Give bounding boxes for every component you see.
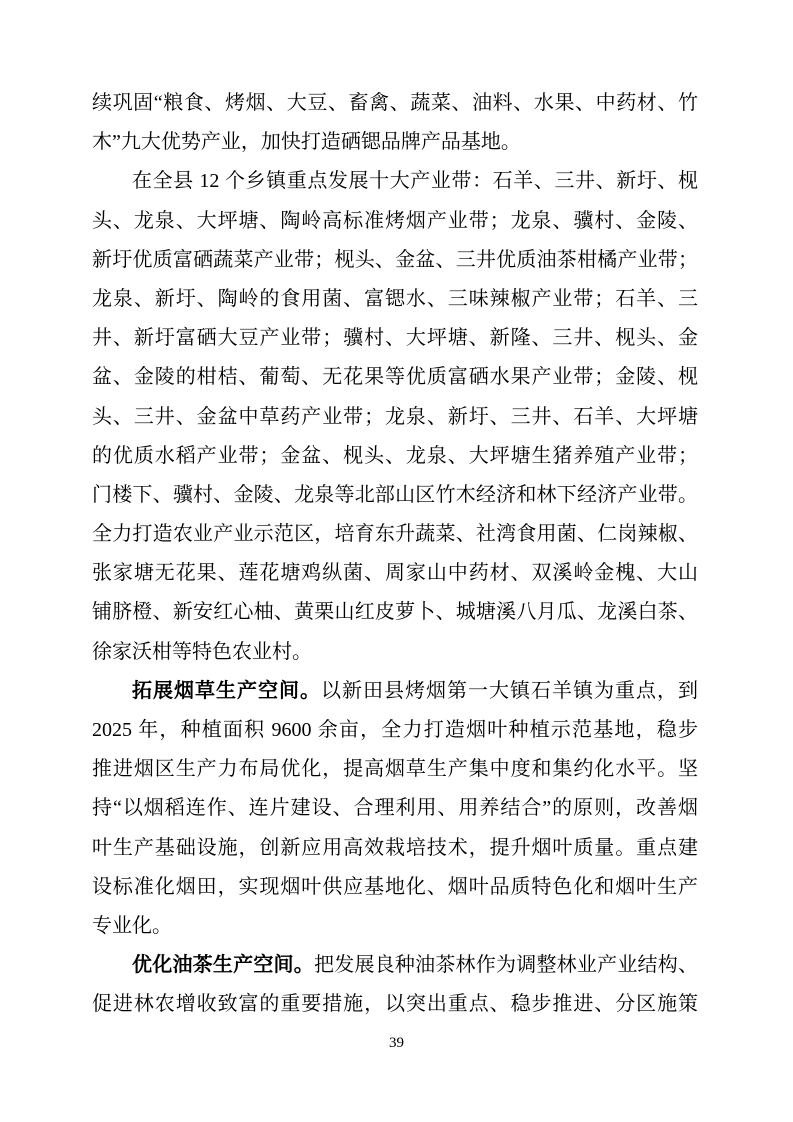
bold-text-run: 拓展烟草生产空间。 [132, 680, 321, 702]
text-line: 龙泉、新圩、陶岭的食用菌、富锶水、三味辣椒产业带；石羊、三 [92, 280, 698, 319]
text-run: 铺脐橙、新安红心柚、黄栗山红皮萝卜、城塘溪八月瓜、龙溪白茶、 [92, 601, 698, 623]
text-run: 推进烟区生产力布局优化，提高烟草生产集中度和集约化水平。坚 [92, 758, 698, 780]
text-run: 头、龙泉、大坪塘、陶岭高标准烤烟产业带；龙泉、骥村、金陵、 [92, 210, 698, 232]
text-line: 叶生产基础设施，创新应用高效栽培技术，提升烟叶质量。重点建 [92, 829, 698, 868]
text-run: 徐家沃柑等特色农业村。 [92, 641, 312, 663]
text-run: 木”九大优势产业，加快打造硒锶品牌产品基地。 [92, 131, 521, 153]
text-line: 全力打造农业产业示范区，培育东升蔬菜、社湾食用菌、仁岗辣椒、 [92, 515, 698, 554]
text-line: 头、三井、金盆中草药产业带；龙泉、新圩、三井、石羊、大坪塘 [92, 398, 698, 437]
document-body: 续巩固“粮食、烤烟、大豆、畜禽、蔬菜、油料、水果、中药材、竹木”九大优势产业，加… [92, 84, 698, 1025]
text-line: 木”九大优势产业，加快打造硒锶品牌产品基地。 [92, 123, 698, 162]
text-run: 持“以烟稻连作、连片建设、合理利用、用养结合”的原则，改善烟 [92, 797, 698, 819]
text-line: 井、新圩富硒大豆产业带；骥村、大坪塘、新隆、三井、枧头、金 [92, 319, 698, 358]
document-page: 续巩固“粮食、烤烟、大豆、畜禽、蔬菜、油料、水果、中药材、竹木”九大优势产业，加… [0, 0, 793, 1122]
text-run: 张家塘无花果、莲花塘鸡纵菌、周家山中药材、双溪岭金槐、大山 [92, 562, 698, 584]
text-run: 2025 年，种植面积 9600 余亩，全力打造烟叶种植示范基地，稳步 [92, 719, 698, 741]
text-line: 铺脐橙、新安红心柚、黄栗山红皮萝卜、城塘溪八月瓜、龙溪白茶、 [92, 593, 698, 632]
text-line: 优化油茶生产空间。把发展良种油茶林作为调整林业产业结构、 [92, 946, 698, 985]
text-line: 2025 年，种植面积 9600 余亩，全力打造烟叶种植示范基地，稳步 [92, 711, 698, 750]
text-run: 续巩固“粮食、烤烟、大豆、畜禽、蔬菜、油料、水果、中药材、竹 [92, 92, 698, 114]
text-run: 盆、金陵的柑桔、葡萄、无花果等优质富硒水果产业带；金陵、枧 [92, 366, 698, 388]
text-run: 以新田县烤烟第一大镇石羊镇为重点，到 [321, 680, 698, 702]
text-line: 设标准化烟田，实现烟叶供应基地化、烟叶品质特色化和烟叶生产 [92, 868, 698, 907]
text-run: 全力打造农业产业示范区，培育东升蔬菜、社湾食用菌、仁岗辣椒、 [92, 523, 698, 545]
text-line: 推进烟区生产力布局优化，提高烟草生产集中度和集约化水平。坚 [92, 750, 698, 789]
text-line: 持“以烟稻连作、连片建设、合理利用、用养结合”的原则，改善烟 [92, 789, 698, 828]
text-line: 的优质水稻产业带；金盆、枧头、龙泉、大坪塘生猪养殖产业带； [92, 437, 698, 476]
text-run: 在全县 12 个乡镇重点发展十大产业带：石羊、三井、新圩、枧 [132, 170, 698, 192]
text-line: 续巩固“粮食、烤烟、大豆、畜禽、蔬菜、油料、水果、中药材、竹 [92, 84, 698, 123]
text-line: 徐家沃柑等特色农业村。 [92, 633, 698, 672]
text-line: 门楼下、骥村、金陵、龙泉等北部山区竹木经济和林下经济产业带。 [92, 476, 698, 515]
text-line: 盆、金陵的柑桔、葡萄、无花果等优质富硒水果产业带；金陵、枧 [92, 358, 698, 397]
text-run: 设标准化烟田，实现烟叶供应基地化、烟叶品质特色化和烟叶生产 [92, 876, 698, 898]
text-line: 促进林农增收致富的重要措施，以突出重点、稳步推进、分区施策 [92, 985, 698, 1024]
text-run: 的优质水稻产业带；金盆、枧头、龙泉、大坪塘生猪养殖产业带； [92, 445, 698, 467]
page-number: 39 [389, 1035, 404, 1051]
text-run: 门楼下、骥村、金陵、龙泉等北部山区竹木经济和林下经济产业带。 [92, 484, 698, 506]
text-run: 促进林农增收致富的重要措施，以突出重点、稳步推进、分区施策 [92, 993, 698, 1015]
text-run: 专业化。 [92, 915, 172, 937]
text-run: 龙泉、新圩、陶岭的食用菌、富锶水、三味辣椒产业带；石羊、三 [92, 288, 698, 310]
text-run: 头、三井、金盆中草药产业带；龙泉、新圩、三井、石羊、大坪塘 [92, 406, 698, 428]
text-run: 叶生产基础设施，创新应用高效栽培技术，提升烟叶质量。重点建 [92, 837, 698, 859]
text-line: 在全县 12 个乡镇重点发展十大产业带：石羊、三井、新圩、枧 [92, 162, 698, 201]
text-line: 头、龙泉、大坪塘、陶岭高标准烤烟产业带；龙泉、骥村、金陵、 [92, 202, 698, 241]
text-run: 新圩优质富硒蔬菜产业带；枧头、金盆、三井优质油茶柑橘产业带； [92, 249, 698, 271]
text-run: 井、新圩富硒大豆产业带；骥村、大坪塘、新隆、三井、枧头、金 [92, 327, 698, 349]
text-run: 把发展良种油茶林作为调整林业产业结构、 [314, 954, 698, 976]
text-line: 张家塘无花果、莲花塘鸡纵菌、周家山中药材、双溪岭金槐、大山 [92, 554, 698, 593]
page-footer: 39 [0, 1033, 793, 1053]
text-line: 专业化。 [92, 907, 698, 946]
text-line: 新圩优质富硒蔬菜产业带；枧头、金盆、三井优质油茶柑橘产业带； [92, 241, 698, 280]
text-line: 拓展烟草生产空间。以新田县烤烟第一大镇石羊镇为重点，到 [92, 672, 698, 711]
bold-text-run: 优化油茶生产空间。 [132, 954, 314, 976]
